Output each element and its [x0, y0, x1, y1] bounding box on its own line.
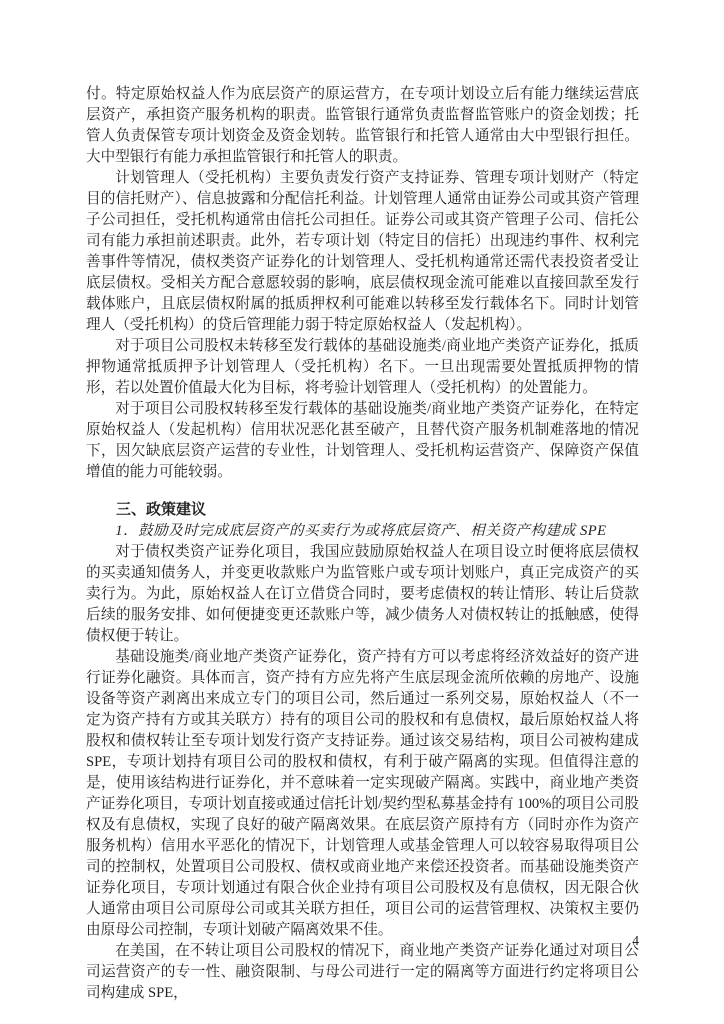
paragraph: 计划管理人（受托机构）主要负责发行资产支持证券、管理专项计划财产（特定目的信托财…: [86, 168, 639, 336]
page-number: 4: [86, 933, 639, 949]
section-heading: 三、政策建议: [86, 500, 639, 521]
paragraph: 对于项目公司股权转移至发行载体的基础设施类/商业地产类资产证券化，在特定原始权益…: [86, 399, 639, 483]
text-block: 付。特定原始权益人作为底层资产的原运营方，在专项计划设立后有能力继续运营底层资产…: [86, 84, 639, 1004]
document-page: 付。特定原始权益人作为底层资产的原运营方，在专项计划设立后有能力继续运营底层资产…: [0, 0, 724, 1024]
paragraph: 对于债权类资产证券化项目，我国应鼓励原始权益人在项目设立时便将底层债权的买卖通知…: [86, 542, 639, 647]
paragraph: 在美国，在不转让项目公司股权的情况下，商业地产类资产证券化通过对项目公司运营资产…: [86, 941, 639, 1004]
paragraph: 对于项目公司股权未转移至发行载体的基础设施类/商业地产类资产证券化，抵质押物通常…: [86, 336, 639, 399]
paragraph: 基础设施类/商业地产类资产证券化，资产持有方可以考虑将经济效益好的资产进行证券化…: [86, 647, 639, 941]
paragraph-continuation: 付。特定原始权益人作为底层资产的原运营方，在专项计划设立后有能力继续运营底层资产…: [86, 84, 639, 168]
numbered-subheading: 1．鼓励及时完成底层资产的买卖行为或将底层资产、相关资产构建成 SPE: [86, 521, 639, 542]
